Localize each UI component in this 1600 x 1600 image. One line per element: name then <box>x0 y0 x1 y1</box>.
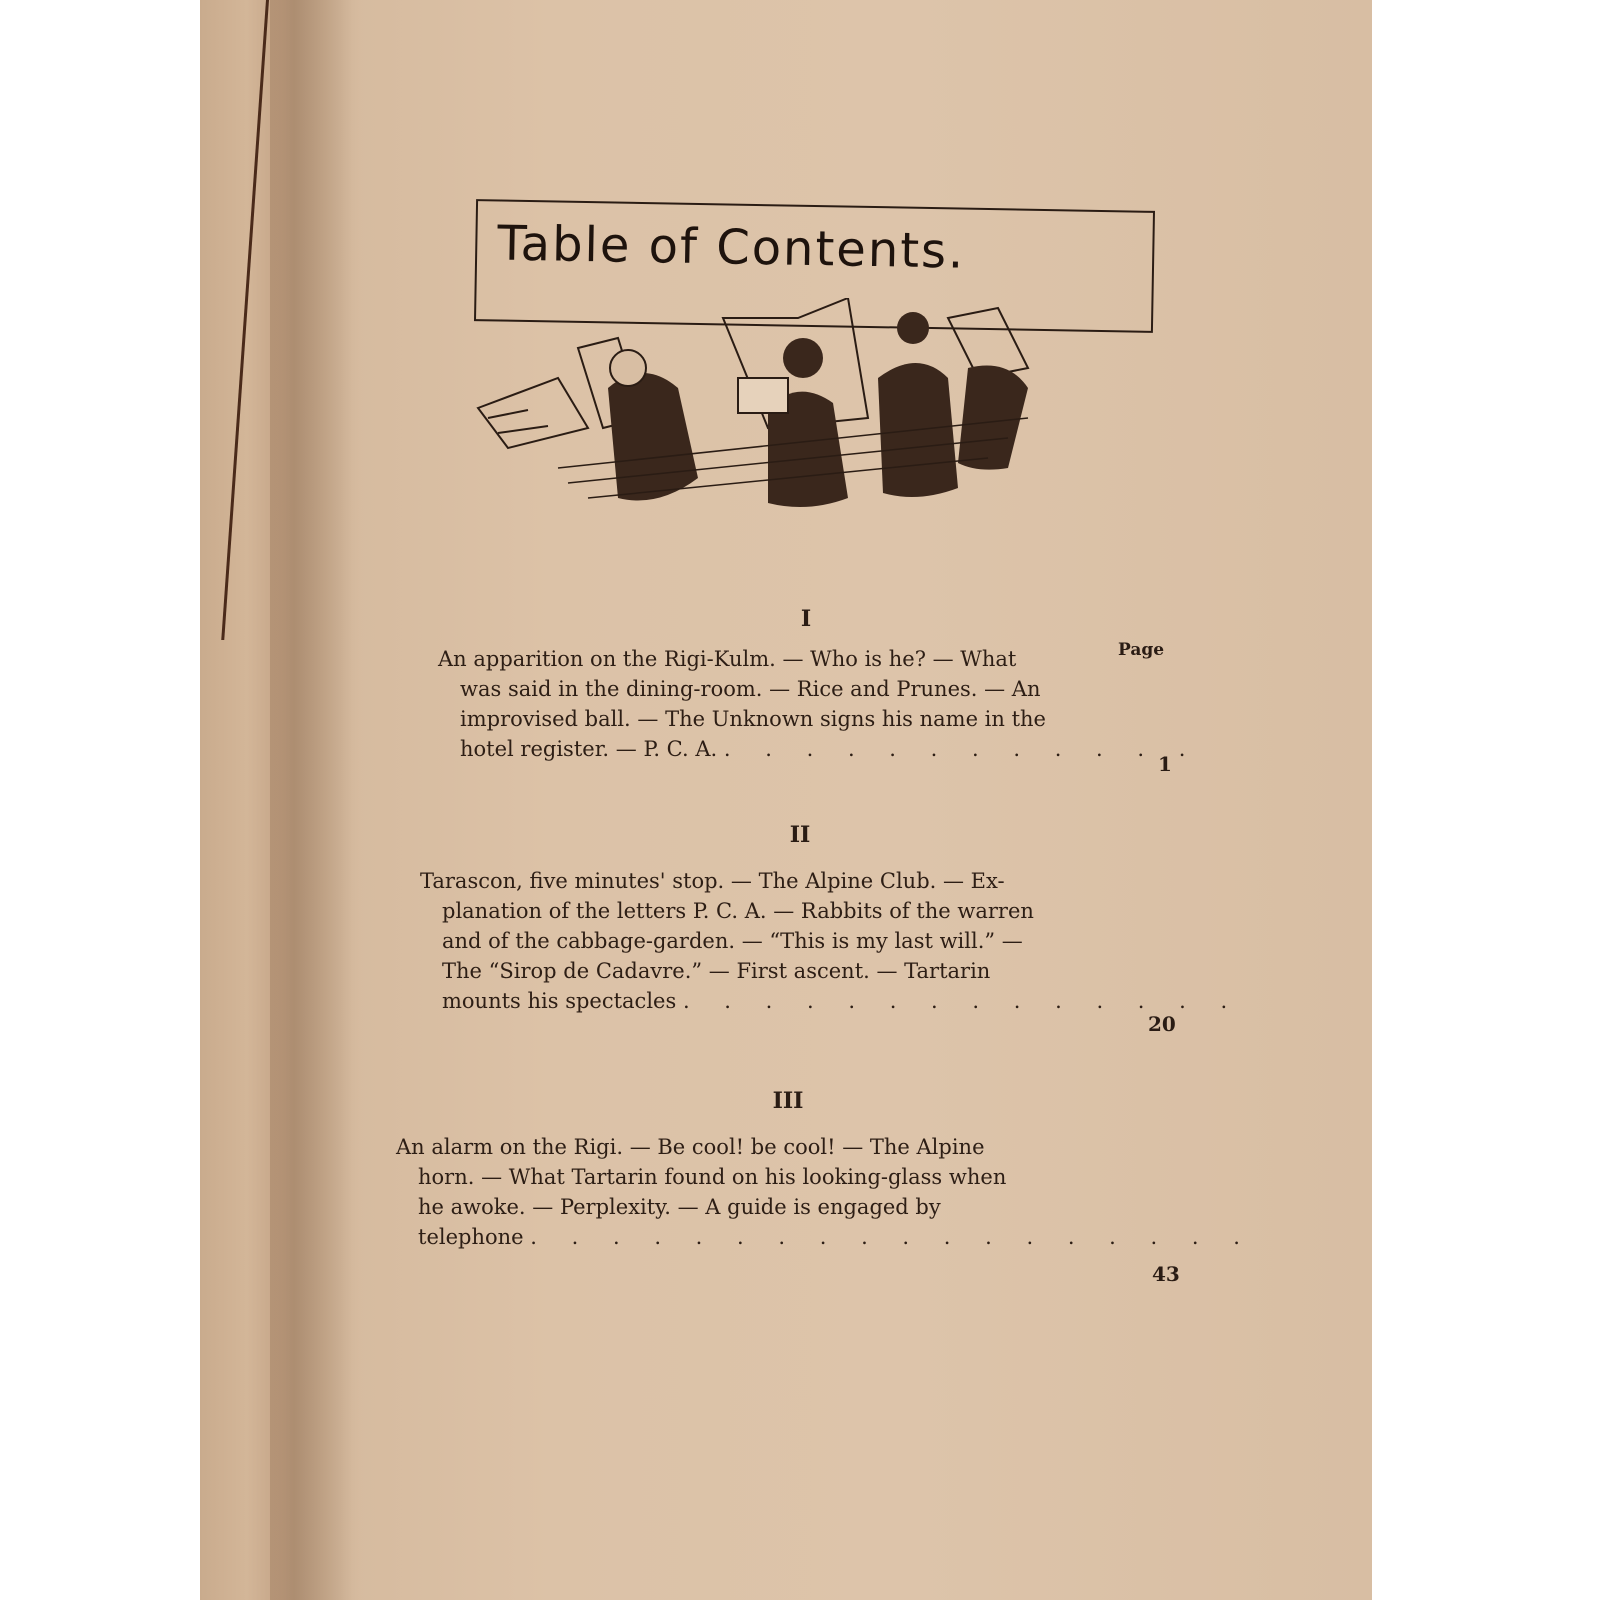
summary-line: he awoke. — Perplexity. — A guide is eng… <box>396 1192 1076 1222</box>
table-of-contents-page: Table of Contents. <box>200 0 1372 1600</box>
summary-line: horn. — What Tartarin found on his looki… <box>396 1162 1076 1192</box>
summary-text: mounts his spectacles <box>442 989 676 1013</box>
chapter-numeral: I <box>766 606 846 632</box>
chapter-page-number: 43 <box>1152 1262 1180 1286</box>
summary-line: planation of the letters P. C. A. — Rabb… <box>420 896 1100 926</box>
summary-text: telephone <box>418 1225 524 1249</box>
summary-line: was said in the dining-room. — Rice and … <box>438 674 1118 704</box>
summary-line: An apparition on the Rigi-Kulm. — Who is… <box>438 644 1118 674</box>
chapter-summary: An apparition on the Rigi-Kulm. — Who is… <box>438 644 1118 764</box>
dot-leader: . . . . . . . . . . . . <box>724 737 1200 761</box>
chapter-numeral: III <box>748 1088 828 1114</box>
summary-line: mounts his spectacles . . . . . . . . . … <box>420 986 1100 1016</box>
summary-text: hotel register. — P. C. A. <box>460 737 717 761</box>
chapter-page-number: 20 <box>1148 1012 1176 1036</box>
chapter-summary: An alarm on the Rigi. — Be cool! be cool… <box>396 1132 1076 1252</box>
summary-line: and of the cabbage-garden. — “This is my… <box>420 926 1100 956</box>
page-title: Table of Contents. <box>497 215 966 279</box>
summary-line: improvised ball. — The Unknown signs his… <box>438 704 1118 734</box>
dot-leader: . . . . . . . . . . . . . . <box>683 989 1241 1013</box>
summary-line: telephone . . . . . . . . . . . . . . . … <box>396 1222 1076 1252</box>
summary-line: Tarascon, five minutes' stop. — The Alpi… <box>420 866 1100 896</box>
chapter-summary: Tarascon, five minutes' stop. — The Alpi… <box>420 866 1100 1016</box>
book-page-photo: Table of Contents. <box>200 0 1372 1600</box>
summary-line: The “Sirop de Cadavre.” — First ascent. … <box>420 956 1100 986</box>
dot-leader: . . . . . . . . . . . . . . . . . . <box>530 1225 1254 1249</box>
reading-people-illustration-icon <box>468 298 1068 518</box>
summary-line: hotel register. — P. C. A. . . . . . . .… <box>438 734 1118 764</box>
page-column-label: Page <box>1118 640 1164 660</box>
chapter-page-number: 1 <box>1158 752 1172 776</box>
chapter-numeral: II <box>760 822 840 848</box>
summary-line: An alarm on the Rigi. — Be cool! be cool… <box>396 1132 1076 1162</box>
